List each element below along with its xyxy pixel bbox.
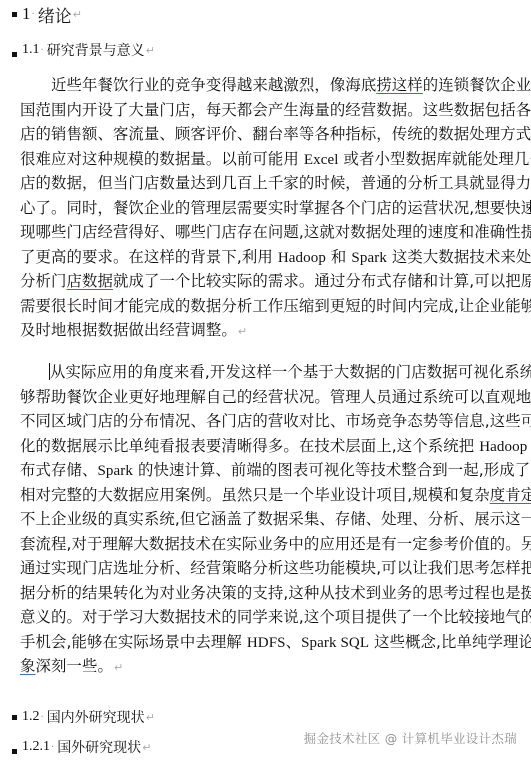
heading-1-2-1-foreign-research[interactable]: 1.2.1 · 国外研究现状 ↵ (12, 736, 151, 758)
heading-1-chapter[interactable]: 1 · 绪论 ↵ (12, 2, 82, 26)
watermark: 掘金技术社区 @ 计算机毕业设计杰瑞 (304, 729, 517, 747)
text-line: 象深刻一些。↵ (20, 654, 518, 679)
heading-1-2-research-status[interactable]: 1.2 · 国内外研究现状 ↵ (12, 706, 155, 728)
text-line: 布式存储、Spark 的快速计算、前端的图表可视化等技术整合到一起,形成了一个 (20, 458, 518, 483)
body-paragraph-1[interactable]: 近些年餐饮行业的竞争变得越来越激烈，像海底捞这样的连锁餐饮企业在全 国范围内开设… (20, 73, 518, 343)
heading-number: 1.2.1 (22, 739, 50, 755)
spellcheck-underline: 象 (20, 657, 36, 675)
heading-bullet-icon (12, 715, 17, 720)
text-line: 套流程,对于理解大数据技术在实际业务中的应用还是有一定参考价值的。另外, (20, 532, 518, 557)
paragraph-mark-icon: ↵ (114, 661, 123, 674)
space-mark: · (41, 712, 44, 723)
heading-title: 国内外研究现状 (47, 707, 145, 727)
spellcheck-underline: 捞这样 (376, 76, 422, 94)
space-mark: · (32, 9, 35, 20)
text-line: 从实际应用的角度来看,开发这样一个基于大数据的门店数据可视化系统能 (20, 360, 518, 385)
text-cursor (49, 363, 50, 380)
text-line: 店的销售额、客流量、顾客评价、翻台率等各种指标，传统的数据处理方式已经 (20, 122, 518, 147)
text-line: 了更高的要求。在这样的背景下,利用 Hadoop 和 Spark 这类大数据技术… (20, 245, 518, 270)
text-line: 国范围内开设了大量门店，每天都会产生海量的经营数据。这些数据包括各个门 (20, 98, 518, 123)
heading-number: 1.1 (22, 42, 40, 58)
text-line: 相对完整的大数据应用案例。虽然只是一个毕业设计项目,规模和复杂度肯定比 (20, 483, 518, 508)
heading-title: 绪论 (38, 2, 72, 27)
paragraph-mark-icon: ↵ (238, 325, 247, 338)
text-line: 现哪些门店经营得好、哪些门店存在问题,这就对数据处理的速度和准确性提出 (20, 220, 518, 245)
text-line: 意义的。对于学习大数据技术的同学来说,这个项目提供了一个比较接地气的练 (20, 605, 518, 630)
heading-bullet-icon (12, 52, 17, 57)
document-page[interactable]: 1 · 绪论 ↵ 1.1 · 研究背景与意义 ↵ 近些年餐饮行业的竞争变得越来越… (0, 0, 531, 764)
heading-title: 国外研究现状 (57, 737, 141, 757)
heading-title: 研究背景与意义 (47, 40, 145, 60)
text-line: 够帮助餐饮企业更好地理解自己的经营状况。管理人员通过系统可以直观地看到 (20, 385, 518, 410)
heading-1-1-background[interactable]: 1.1 · 研究背景与意义 ↵ (12, 39, 155, 61)
text-line: 及时地根据数据做出经营调整。↵ (20, 318, 518, 343)
text-line: 不上企业级的真实系统,但它涵盖了数据采集、存储、处理、分析、展示这一整 (20, 507, 518, 532)
heading-bullet-icon (12, 12, 17, 17)
paragraph-mark-icon: ↵ (142, 741, 151, 754)
heading-number: 1 (22, 4, 31, 24)
space-mark: · (51, 742, 54, 753)
space-mark: · (41, 45, 44, 56)
paragraph-mark-icon: ↵ (73, 8, 82, 21)
text-line: 近些年餐饮行业的竞争变得越来越激烈，像海底捞这样的连锁餐饮企业在全 (20, 73, 518, 98)
body-paragraph-2[interactable]: 从实际应用的角度来看,开发这样一个基于大数据的门店数据可视化系统能 够帮助餐饮企… (20, 360, 518, 679)
spellcheck-underline: 店数据 (66, 272, 112, 290)
text-line: 据分析的结果转化为对业务决策的支持,这种从技术到业务的思考过程也是挺有 (20, 581, 518, 606)
text-line: 分析门店数据就成了一个比较实际的需求。通过分布式存储和计算,可以把原本 (20, 269, 518, 294)
paragraph-mark-icon: ↵ (146, 711, 155, 724)
text-line: 不同区域门店的分布情况、各门店的营收对比、市场竞争态势等信息,这些可视 (20, 409, 518, 434)
heading-number: 1.2 (22, 709, 40, 725)
heading-bullet-icon (12, 749, 17, 754)
text-line: 心了。同时，餐饮企业的管理层需要实时掌握各个门店的运营状况,想要快速发 (20, 196, 518, 221)
text-line: 手机会,能够在实际场景中去理解 HDFS、Spark SQL 这些概念,比单纯学… (20, 630, 518, 655)
text-line: 通过实现门店选址分析、经营策略分析这些功能模块,可以让我们思考怎样把数 (20, 556, 518, 581)
text-line: 很难应对这种规模的数据量。以前可能用 Excel 或者小型数据库就能处理几个门 (20, 147, 518, 172)
paragraph-mark-icon: ↵ (146, 44, 155, 57)
text-line: 需要很长时间才能完成的数据分析工作压缩到更短的时间内完成,让企业能够更 (20, 294, 518, 319)
spellcheck-underline: 度肯定 (490, 486, 531, 504)
text-line: 店的数据，但当门店数量达到几百上千家的时候，普通的分析工具就显得力不从 (20, 171, 518, 196)
text-line: 化的数据展示比单纯看报表要清晰得多。在技术层面上,这个系统把 Hadoop 的分 (20, 434, 518, 459)
